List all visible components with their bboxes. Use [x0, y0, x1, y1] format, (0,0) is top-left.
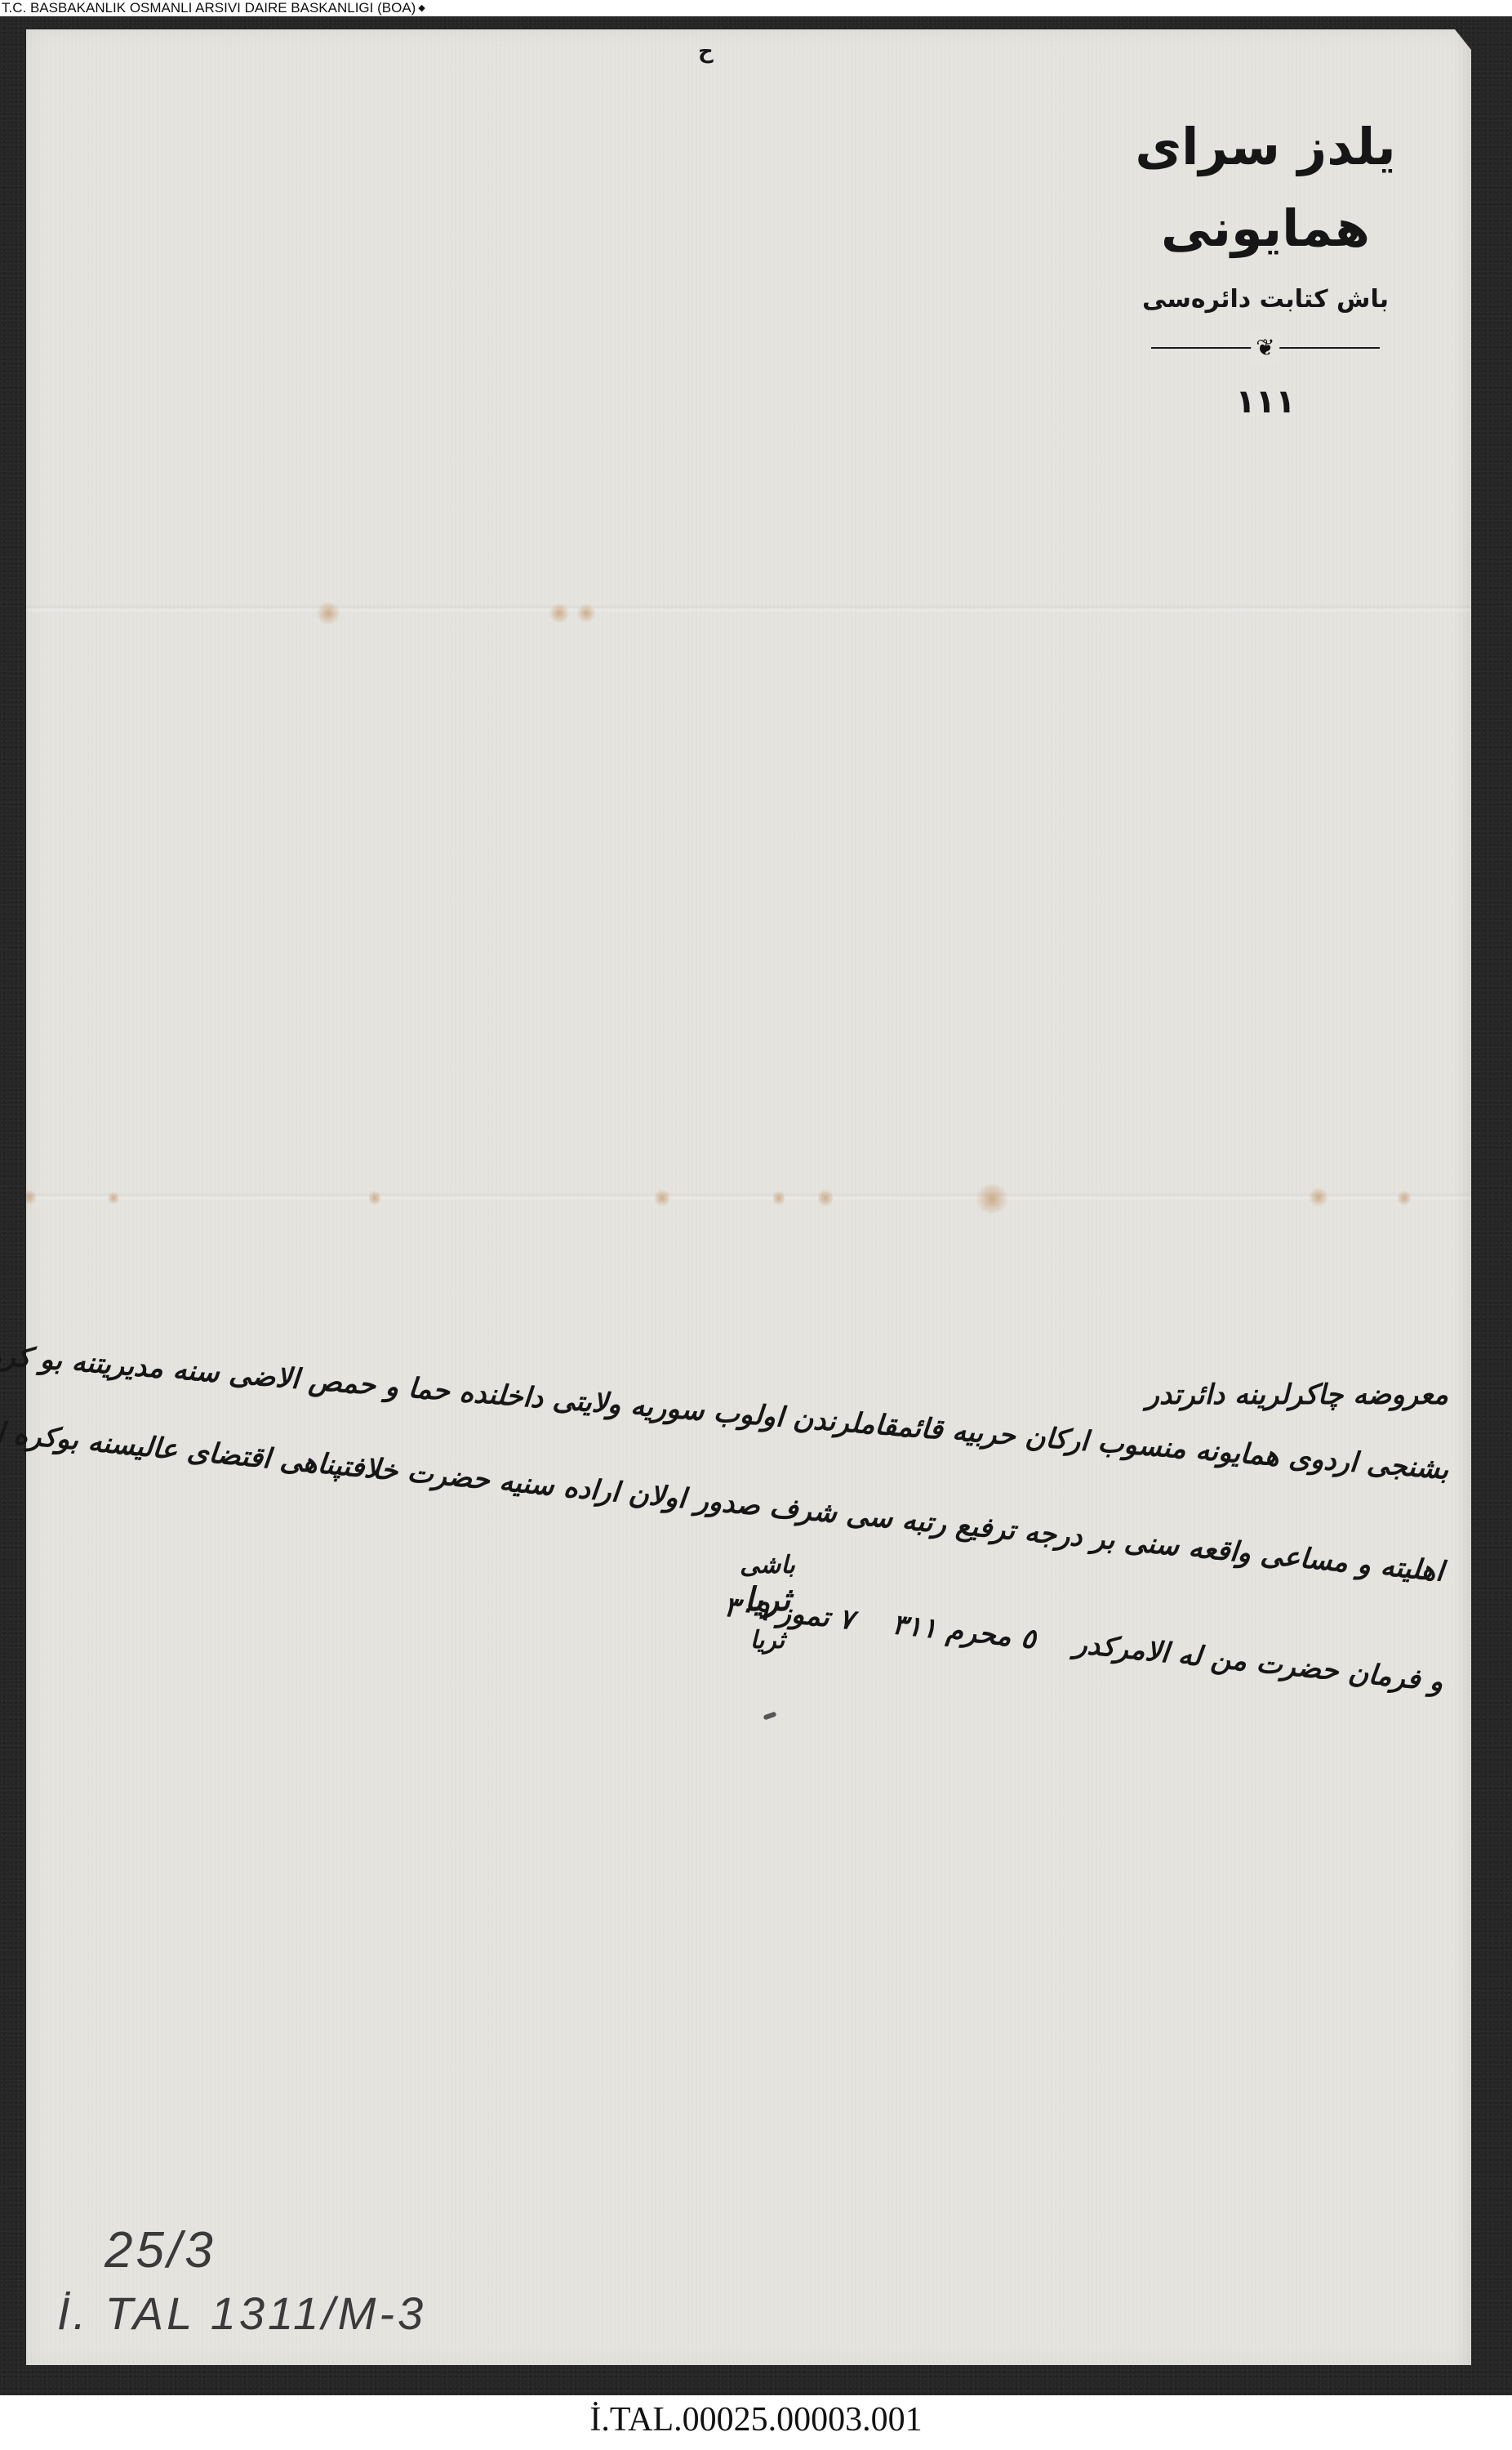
- paper-edge-shadow: [1455, 29, 1471, 2365]
- letterhead-title: یلدز سرای همایونی: [1127, 106, 1404, 269]
- flourish-icon: ❦: [1251, 332, 1279, 364]
- body-line-salutation: معروضه چاکرلرینه دائرتدر: [1146, 1379, 1449, 1411]
- signature-subscript: ثریا: [718, 1620, 816, 1661]
- signature: باشی ثریا ثریا: [718, 1552, 816, 1661]
- archive-header: T.C. BASBAKANLIK OSMANLI ARSIVI DAIRE BA…: [0, 0, 429, 16]
- archive-header-text: T.C. BASBAKANLIK OSMANLI ARSIVI DAIRE BA…: [2, 0, 416, 16]
- fold-line: [26, 604, 1471, 612]
- fold-line: [26, 1192, 1471, 1200]
- top-mark: ح: [698, 39, 714, 64]
- signature-title: باشی: [718, 1552, 816, 1579]
- stain: [1308, 1187, 1329, 1207]
- stain: [773, 1189, 785, 1207]
- signature-name: ثریا: [718, 1579, 816, 1620]
- stain: [577, 603, 595, 624]
- stain: [549, 603, 570, 624]
- document-number: ١١١: [1127, 377, 1404, 426]
- letterhead-subtitle: باش کتابت دائرەسی: [1127, 279, 1404, 320]
- stain: [369, 1189, 380, 1207]
- stain: [1398, 1189, 1411, 1207]
- diamond-icon: ◆: [418, 3, 425, 13]
- pencil-note-folio: 25/3: [105, 2221, 216, 2279]
- document-reference-caption: İ.TAL.00025.00003.001: [0, 2395, 1512, 2450]
- pencil-note-reference: İ. TAL 1311/M-3: [57, 2287, 426, 2340]
- stain: [818, 1187, 833, 1209]
- stain: [316, 601, 340, 626]
- letterhead: یلدز سرای همایونی باش کتابت دائرەسی ❦ ١١…: [1127, 106, 1404, 426]
- letterhead-divider: ❦: [1151, 332, 1380, 364]
- stain: [108, 1191, 119, 1205]
- stain: [973, 1184, 1011, 1214]
- stain: [655, 1187, 669, 1209]
